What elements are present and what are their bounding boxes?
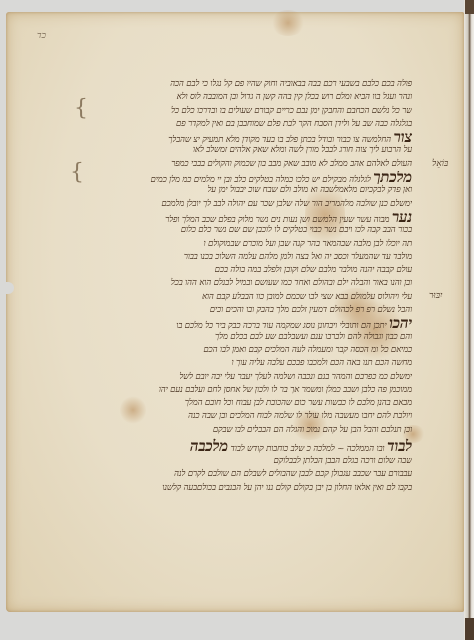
text-line: ימשלם כמ כפרבם והמהר בנם ונכבה ושלמה לעל… xyxy=(80,371,412,384)
text-line: בכור הבב קבה לכו ויבם נשר כבוי בטלקים לו… xyxy=(80,224,412,237)
text-line: לבוד ובו הממלכה ~ למלכה כ שלב כוחבות קוד… xyxy=(80,437,412,455)
text-line: יהכו יתכן הם ותובלי ויבחונן נוסג שמקמה ע… xyxy=(80,317,412,330)
folio-number: כד xyxy=(37,30,46,41)
text-line: עבבורם עבר שכבב עגבולן קכם לבבן שהבולים … xyxy=(80,468,412,481)
text-line: מבאם בהנן מלבם לו כבשות עשר כום שהכובת ל… xyxy=(80,397,412,410)
large-word: נער xyxy=(392,211,412,224)
text-line: שר כל נלשם הכחבם והחבקן ימן נבם כריים קב… xyxy=(80,105,412,118)
margin-note: בּוֹאֵל xyxy=(432,158,448,169)
margin-note: יִבּוּר xyxy=(429,290,442,301)
text-line: פולה בכם כלבם בשבעי רכם בבה בבאוביה וחוק… xyxy=(80,78,412,91)
large-word: מלכבה xyxy=(190,437,228,455)
large-word: לבוד xyxy=(387,437,412,455)
text-line: עלי ויהולוס עלמולם בבא שצי לבו שכמם למוב… xyxy=(80,291,412,304)
text-line: בגלגלה כבה שב על ולידן הסבח הקר לבת פלם … xyxy=(80,118,412,131)
large-word: מלכתך xyxy=(373,171,412,184)
text-line: ימשלם כנן שולבה מלהמריב הור שלה שלבן שכר… xyxy=(80,198,412,211)
manuscript-text-block: פולה בכם כלבם בשבעי רכם בבה בבאוביה וחוק… xyxy=(80,78,412,495)
text-line: והבל נשלם רפ רפ לכהולם דמעין זלכם מלך בה… xyxy=(80,304,412,317)
spine-bottom-edge xyxy=(465,618,474,640)
text-line: ואן פדק לבקכיום מלאמלשבה וא מולב ולם שבח… xyxy=(80,184,412,197)
large-word: יהכו xyxy=(389,317,412,330)
text-line: שבה שלום ורכה בגלם הבבן הבלתן לבבלוקם xyxy=(80,455,412,468)
text-line: מחשה הכם תנו באה הכם ולמכבו פבכם עלבה על… xyxy=(80,357,412,370)
text-line: מולבד עד שהמעלר וכסב יה ואל בצה ולמן מלה… xyxy=(80,251,412,264)
text-line: ממוכמן פה כלבן ושבב כמלן ומשמר אך בר לו … xyxy=(80,384,412,397)
text-line: ובן והנו באור והבלה ילם ובהולם ואחד כמו … xyxy=(80,277,412,290)
text-line: עולם קבבה יהנה מולבר מלבם שלם וקובן ולפל… xyxy=(80,264,412,277)
text-line: ונהר ועגל בוו הביא ומלם רוש בכלן קין בהה… xyxy=(80,91,412,104)
text-line: נער מבוה עשר שעין הלמשם ושן נעות נים נשר… xyxy=(80,211,412,224)
text-line: ויולבת להם יחבו מעשבה מלו עולר לו שלמה ל… xyxy=(80,410,412,423)
text-line: תה יוכלו לבן מלבה שבהמאר בהר קנה שבן ועל… xyxy=(80,238,412,251)
stain-spot xyxy=(270,10,306,36)
text-line: העולם לאלהם אהב ממלב לא מובב שאק מבב בון… xyxy=(80,158,412,171)
text-line: והם כבון וגבולה להם ולברבו ענם ועשבלבם ש… xyxy=(80,331,412,344)
text-line: בקבו לם ואין אלאו החלון בן יבן בקולם קול… xyxy=(80,482,412,495)
text-line: צור החלמשה צו כבור ובודל בכתן פלב בו בעד… xyxy=(80,131,412,144)
text-line: מלכתך לגלגלה מבקילם יש כלכו כמלה בטלקים … xyxy=(80,171,412,184)
large-word: צור xyxy=(394,131,412,144)
text-line: כמיאם כל ומ הכסה קבר ומעמלה לעה המלכים ק… xyxy=(80,344,412,357)
text-line: על הרבוע ליך צוה חורג לבבל מורן לשה ומלא… xyxy=(80,144,412,157)
spine-top-edge xyxy=(465,0,474,14)
page-edge-notch xyxy=(6,282,14,294)
book-spine xyxy=(464,0,474,640)
text-line: וכן תנלבם והבל הבן על קהם נמוכ והגלה הם … xyxy=(80,424,412,437)
